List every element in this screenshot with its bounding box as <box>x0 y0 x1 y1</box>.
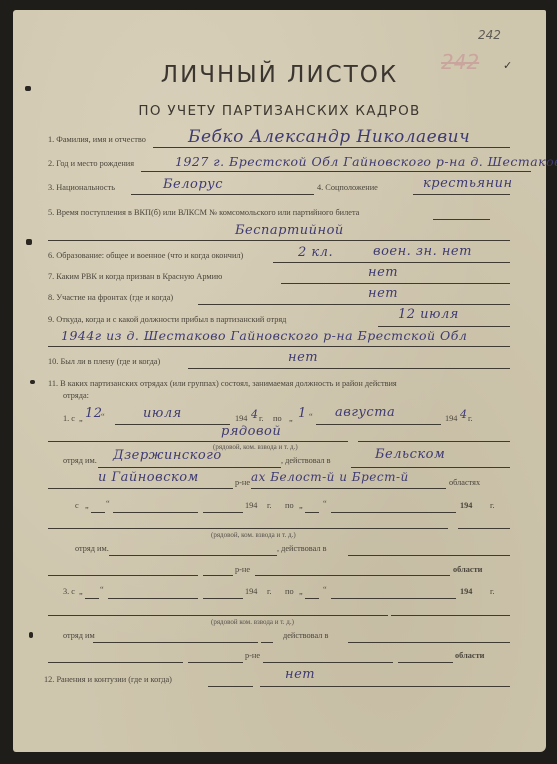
entry-1-region-line <box>251 488 446 489</box>
field-5-line-b <box>48 240 510 241</box>
entry-2-g: г. <box>490 501 495 510</box>
entry-1-num: 1. с <box>63 414 75 423</box>
entry-2-from-day-line[interactable] <box>91 512 105 513</box>
field-8-value[interactable]: нет <box>368 286 398 301</box>
punch-hole-mark <box>30 380 35 384</box>
entry-1-position-line <box>48 441 348 442</box>
entry-1-po: по <box>273 414 282 423</box>
entry-3-unit-line-b[interactable] <box>261 642 273 643</box>
entry-3-region-line-b[interactable] <box>398 662 453 663</box>
punch-hole-mark <box>29 632 33 638</box>
field-11-label: 11. В каких партизанских отрядах (или гр… <box>48 379 397 388</box>
field-5-label: 5. Время поступления в ВКП(б) или ВЛКСМ … <box>48 208 359 217</box>
entry-1-g: г. <box>468 414 473 423</box>
entry-2-district-line[interactable] <box>48 575 198 576</box>
entry-2-acted-line[interactable] <box>348 555 510 556</box>
field-12-line-b <box>260 686 510 687</box>
field-6-line <box>273 262 510 263</box>
entry-1-district-label: р-не <box>235 478 250 487</box>
entry-3-acted-line[interactable] <box>348 642 510 643</box>
entry-3-position-line[interactable] <box>48 615 388 616</box>
document-page: 242 242 ✓ ЛИЧНЫЙ ЛИСТОК ПО УЧЕТУ ПАРТИЗА… <box>13 10 546 752</box>
quote-close: “ <box>309 412 313 421</box>
entry-1-region[interactable]: ах Белост-й и Брест-й <box>251 470 409 484</box>
entry-3-district-line-b[interactable] <box>188 662 243 663</box>
field-7-label: 7. Каким РВК и когда призван в Красную А… <box>48 272 222 281</box>
entry-1-position-hint: (рядовой, ком. взвода и т. д.) <box>213 443 298 451</box>
field-10-line <box>188 368 510 369</box>
entry-2-acted-label: , действовал в <box>277 544 327 553</box>
entry-2-po: по <box>285 501 294 510</box>
field-3-line <box>131 194 314 195</box>
entry-3-to-year-prefix: 194 <box>460 587 472 596</box>
entry-3-position-line-b[interactable] <box>391 615 510 616</box>
entry-2-g: г. <box>267 501 272 510</box>
entry-3-to-month-line[interactable] <box>331 598 456 599</box>
entry-2-unit-label: отряд им. <box>75 544 109 553</box>
quote-close: “ <box>106 499 110 508</box>
entry-3-po: по <box>285 587 294 596</box>
field-6-label: 6. Образование: общее и военное (что и к… <box>48 251 243 260</box>
entry-3-position-hint: (рядовой ком. взвода и т. д.) <box>211 618 294 626</box>
entry-1-to-year-suffix[interactable]: 4 <box>460 408 468 421</box>
entry-1-position-line-b <box>358 441 510 442</box>
entry-1-region-label: областях <box>449 478 480 487</box>
entry-1-g: г. <box>259 414 264 423</box>
field-7-line <box>281 283 510 284</box>
field-8-line <box>198 304 510 305</box>
entry-3-g: г. <box>490 587 495 596</box>
entry-1-district-line <box>48 488 233 489</box>
field-4-value[interactable]: крестьянин <box>423 176 513 191</box>
quote-open: „ <box>299 587 303 596</box>
entry-2-from-month-line[interactable] <box>113 512 198 513</box>
field-12-value[interactable]: нет <box>285 667 315 682</box>
quote-open: „ <box>79 414 83 423</box>
entry-1-to-month[interactable]: августа <box>335 405 395 420</box>
entry-3-acted-label: действовал в <box>283 631 328 640</box>
entry-1-to-day[interactable]: 1 <box>298 406 307 421</box>
field-2-value[interactable]: 1927 г. Брестской Обл Гайновского р-на д… <box>175 154 557 169</box>
entry-1-position[interactable]: рядовой <box>221 424 281 439</box>
field-5-line-a <box>433 219 490 220</box>
quote-open: „ <box>299 501 303 510</box>
entry-1-unit[interactable]: Дзержинского <box>113 448 222 463</box>
field-10-label: 10. Был ли в плену (где и когда) <box>48 357 160 366</box>
field-9-line-b <box>48 346 510 347</box>
quote-close: “ <box>101 412 105 421</box>
field-6-value-a[interactable]: 2 кл. <box>298 245 333 260</box>
entry-2-to-month-line[interactable] <box>331 512 456 513</box>
field-7-value[interactable]: нет <box>368 265 398 280</box>
entry-1-from-month[interactable]: июля <box>143 406 182 421</box>
field-3-label: 3. Национальность <box>48 183 115 192</box>
entry-1-to-year-prefix: 194 <box>445 414 457 423</box>
field-11-label-cont: отряда: <box>63 391 89 400</box>
entry-2-region-label: области <box>453 565 482 574</box>
entry-2-district-label: р-не <box>235 565 250 574</box>
field-4-line <box>413 194 510 195</box>
quote-close: “ <box>100 585 104 594</box>
quote-open: „ <box>85 501 89 510</box>
entry-3-unit-label: отряд им <box>63 631 95 640</box>
field-6-value-b[interactable]: воен. зн. нет <box>373 244 472 259</box>
entry-2-position-hint: (рядовой, ком. взвода и т. д.) <box>211 531 296 539</box>
entry-2-position-line[interactable] <box>48 528 448 529</box>
entry-1-acted-label: , действовал в <box>281 456 331 465</box>
entry-2-from-year-prefix: 194 <box>245 501 257 510</box>
entry-3-from-year-prefix: 194 <box>245 587 257 596</box>
entry-3-from-month-line-b[interactable] <box>203 598 243 599</box>
document-subtitle: ПО УЧЕТУ ПАРТИЗАНСКИХ КАДРОВ <box>13 103 546 119</box>
entry-3-to-day-line[interactable] <box>305 598 319 599</box>
entry-3-g: г. <box>267 587 272 596</box>
entry-1-from-year-suffix[interactable]: 4 <box>251 408 259 421</box>
entry-3-region-line[interactable] <box>263 662 393 663</box>
field-4-label: 4. Соцположение <box>317 183 378 192</box>
field-1-label: 1. Фамилия, имя и отчество <box>48 135 146 144</box>
entry-3-from-day-line[interactable] <box>85 598 99 599</box>
field-3-value[interactable]: Белорус <box>163 177 223 192</box>
quote-close: “ <box>323 499 327 508</box>
entry-3-region-label: области <box>455 651 484 660</box>
entry-1-from-year-prefix: 194 <box>235 414 247 423</box>
entry-2-position-line-b[interactable] <box>458 528 510 529</box>
field-9-line-a <box>378 326 510 327</box>
entry-3-district-label: р-не <box>245 651 260 660</box>
entry-1-from-month-line <box>115 424 230 425</box>
document-title: ЛИЧНЫЙ ЛИСТОК <box>13 62 546 88</box>
entry-2-to-day-line[interactable] <box>305 512 319 513</box>
entry-2-from-month-line-b[interactable] <box>203 512 243 513</box>
field-8-label: 8. Участие на фронтах (где и когда) <box>48 293 173 302</box>
entry-2-region-line[interactable] <box>255 575 450 576</box>
entry-1-to-month-line <box>316 424 441 425</box>
entry-3-district-line[interactable] <box>48 662 183 663</box>
quote-open: „ <box>289 414 293 423</box>
field-9-value-line1[interactable]: 12 июля <box>398 307 459 322</box>
entry-2-num: с <box>75 501 79 510</box>
entry-2-district-line-b[interactable] <box>203 575 233 576</box>
quote-open: „ <box>79 587 83 596</box>
field-1-line <box>153 147 510 148</box>
entry-3-unit-line[interactable] <box>93 642 258 643</box>
field-2-line <box>141 171 531 172</box>
field-5-value[interactable]: Беспартийной <box>235 223 344 238</box>
punch-hole-mark <box>26 239 32 245</box>
entry-2-to-year-prefix: 194 <box>460 501 472 510</box>
quote-close: “ <box>323 585 327 594</box>
entry-1-acted-line <box>351 467 510 468</box>
field-12-line-a <box>208 686 253 687</box>
entry-3-from-month-line[interactable] <box>108 598 198 599</box>
field-12-label: 12. Ранения и контузии (где и когда) <box>44 675 172 684</box>
entry-1-from-day[interactable]: 12 <box>85 406 103 421</box>
entry-1-district[interactable]: и Гайновском <box>98 470 199 485</box>
field-9-value-line2[interactable]: 1944г из д. Шестаково Гайновского р-на Б… <box>61 328 467 343</box>
entry-2-unit-line[interactable] <box>109 555 277 556</box>
field-1-value[interactable]: Бебко Александр Николаевич <box>188 127 470 147</box>
entry-1-unit-line <box>98 467 281 468</box>
entry-1-unit-label: отряд им. <box>63 456 97 465</box>
archive-number: 242 <box>478 28 501 42</box>
entry-1-acted-in[interactable]: Бельском <box>375 447 445 462</box>
entry-3-num: 3. с <box>63 587 75 596</box>
field-2-label: 2. Год и место рождения <box>48 159 134 168</box>
field-10-value[interactable]: нет <box>288 350 318 365</box>
field-9-label: 9. Откуда, когда и с какой должности при… <box>48 315 286 324</box>
